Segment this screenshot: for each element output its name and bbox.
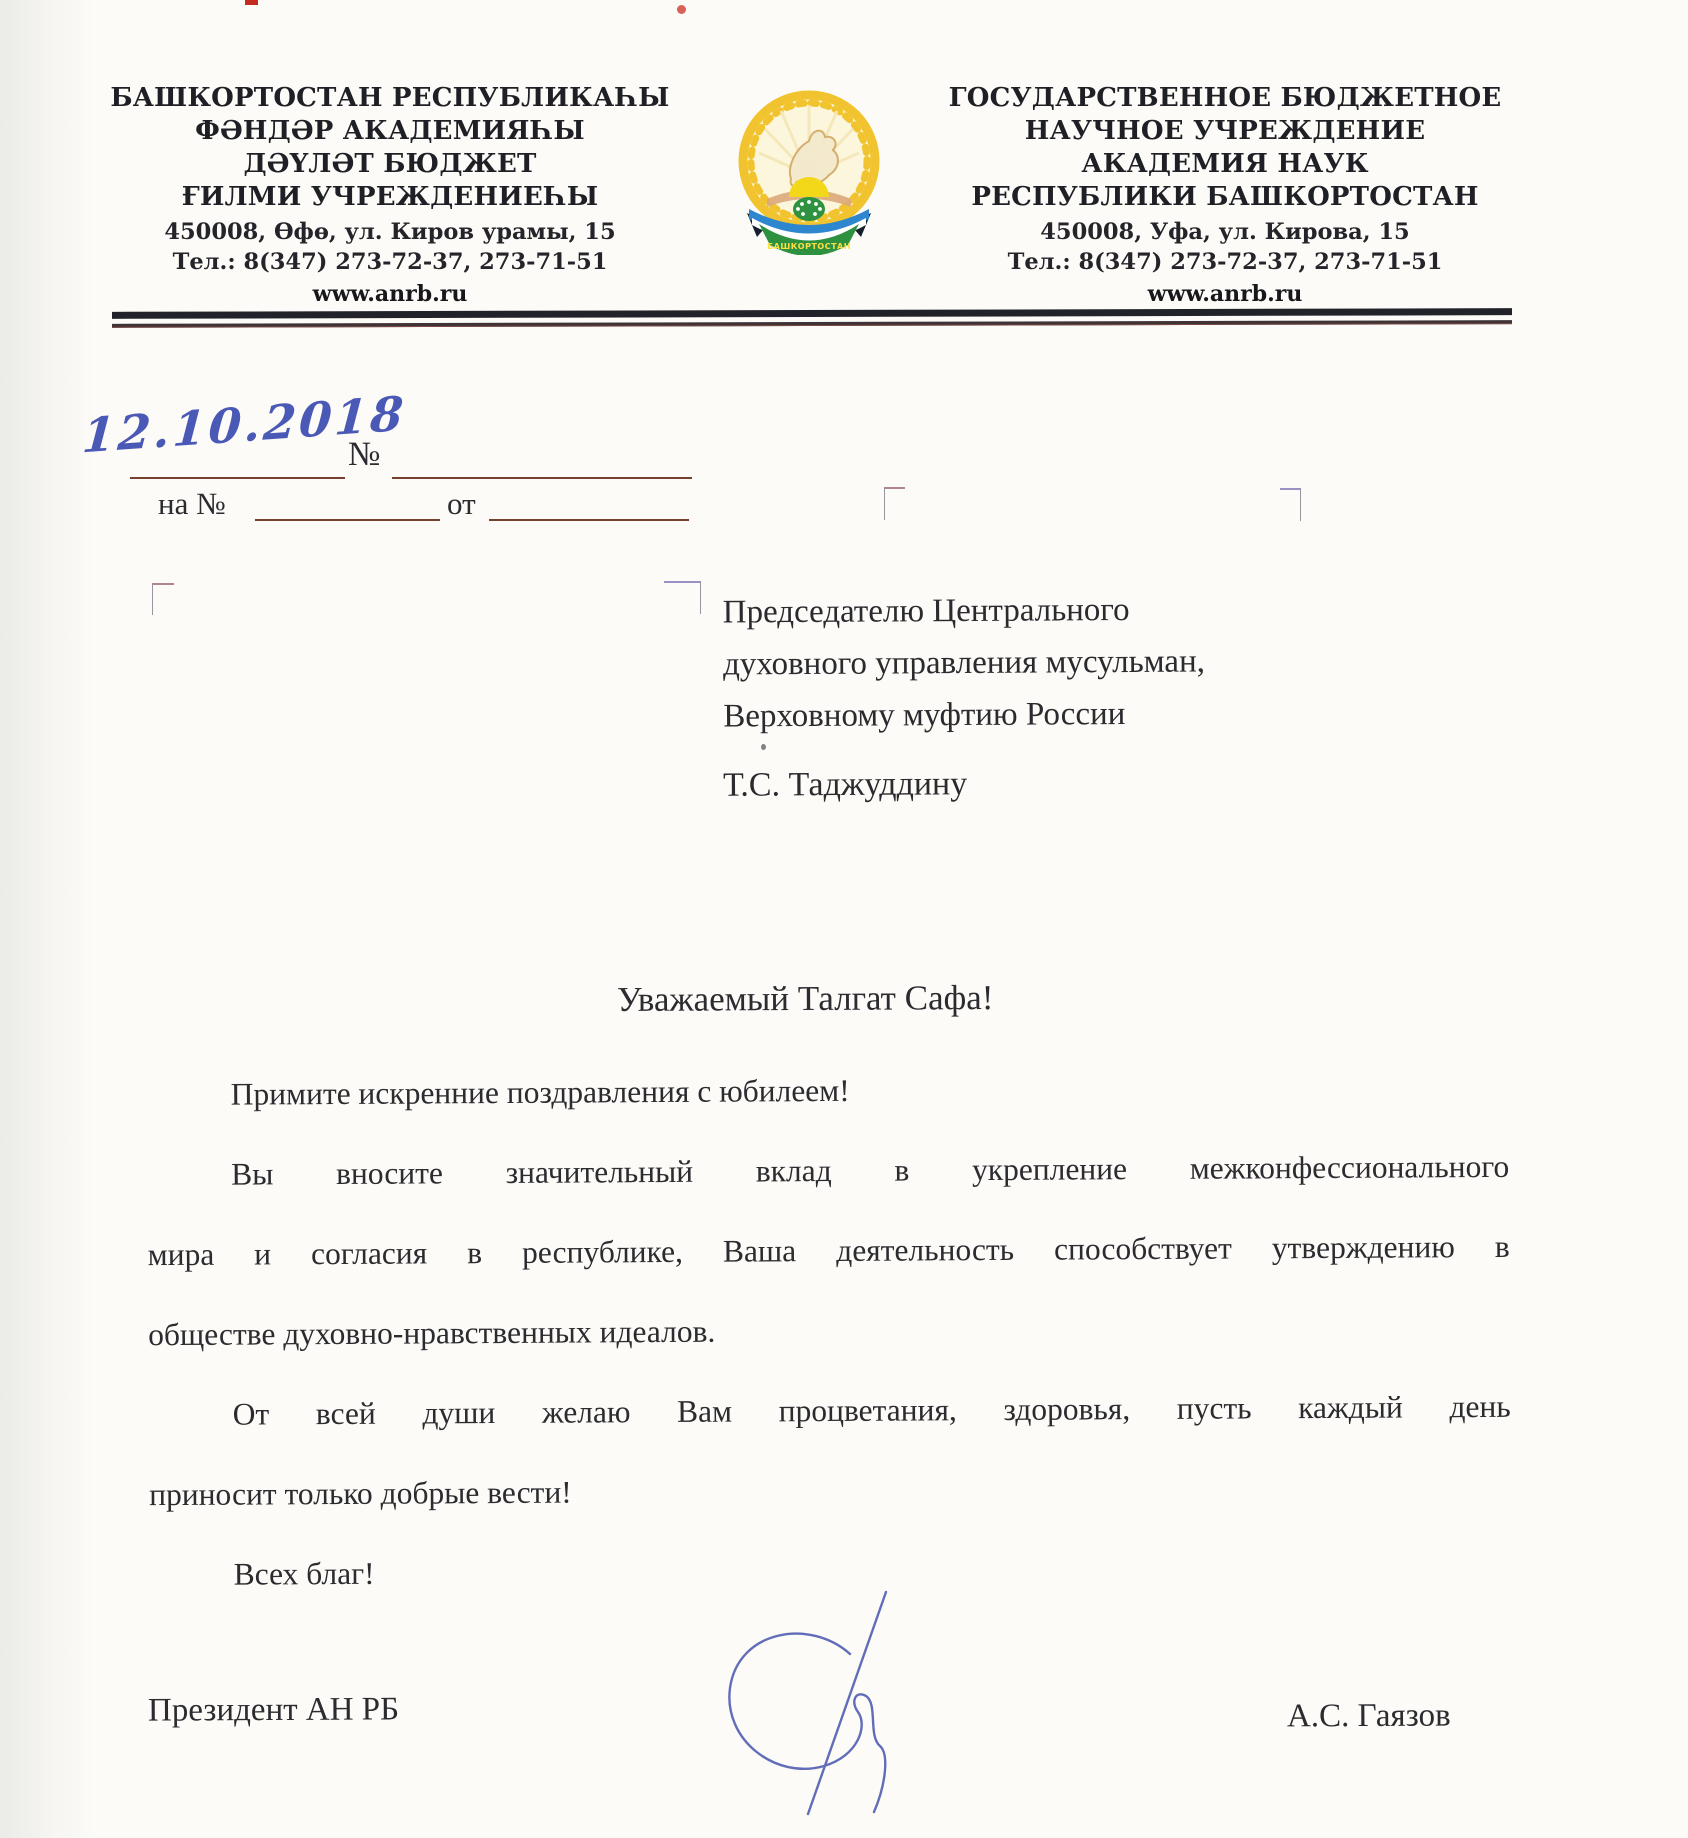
signer-title: Президент АН РБ: [148, 1691, 399, 1729]
body-line: мира и согласия в республике, Ваша деяте…: [148, 1229, 1510, 1273]
handwritten-signature: [690, 1588, 950, 1818]
body-line: приносит только добрые вести!: [149, 1475, 572, 1514]
signer-name: А.С. Гаязов: [1287, 1698, 1451, 1736]
letter-body: Примите искренние поздравления с юбилеем…: [0, 0, 1688, 1838]
body-line: Всех благ!: [234, 1556, 375, 1593]
body-line: Примите искренние поздравления с юбилеем…: [231, 1073, 850, 1113]
body-line: обществе духовно-нравственных идеалов.: [148, 1314, 715, 1353]
body-line: Вы вносите значительный вклад в укреплен…: [231, 1149, 1509, 1193]
body-line: От всей души желаю Вам процветания, здор…: [233, 1389, 1511, 1433]
scanned-letter-page: БАШКОРТОСТАН РЕСПУБЛИКАҺЫ ФӘНДӘР АКАДЕМИ…: [0, 0, 1688, 1838]
